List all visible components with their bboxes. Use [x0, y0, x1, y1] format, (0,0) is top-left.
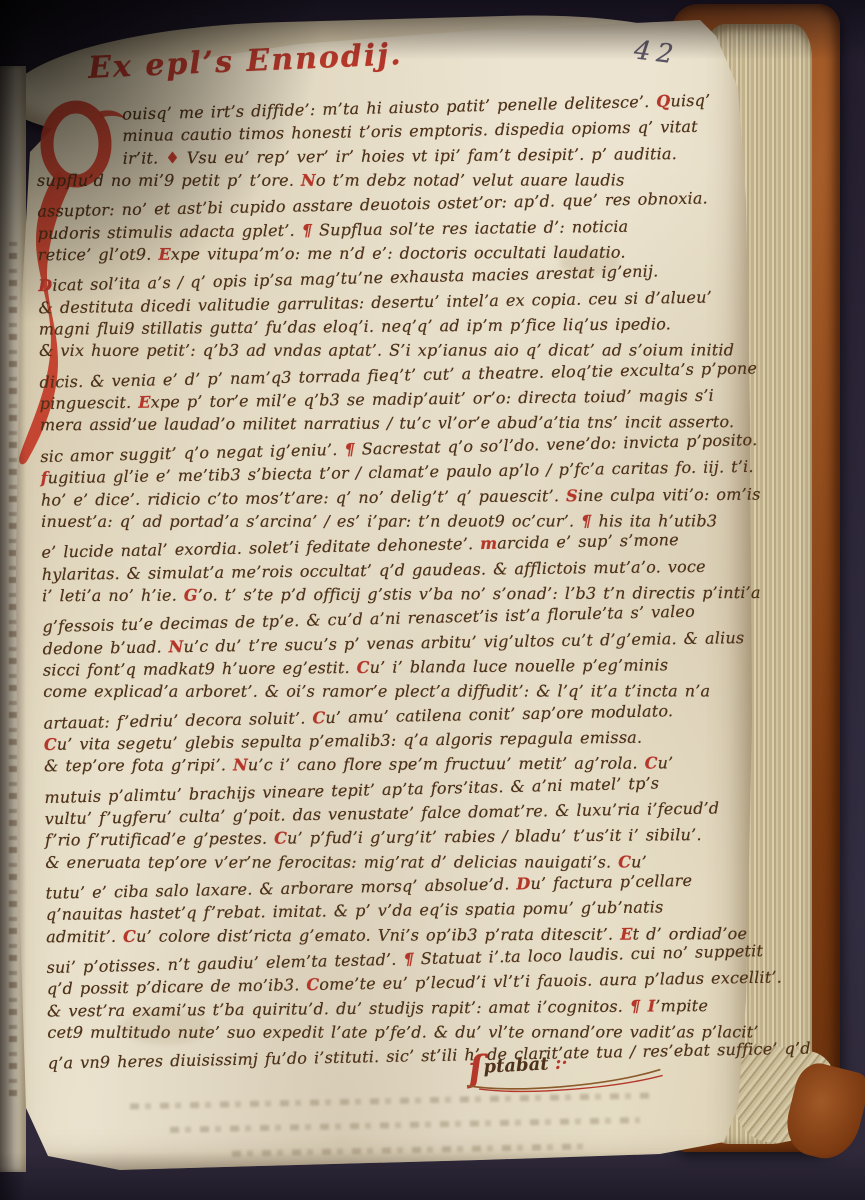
rubricated-text: E	[138, 393, 151, 412]
ink-text: & eneruata tep’ore v’er’ne ferocitas: mi…	[45, 852, 618, 871]
rubricated-text: C	[44, 735, 57, 754]
rubricated-text: ¶	[581, 511, 591, 530]
ink-text: hylaritas. & simulat’a me’rois occultat’…	[42, 556, 706, 583]
folio-number: 42	[632, 35, 680, 70]
ink-text: xpe p’ tor’e mil’e q’b3 se madip’auit’ o…	[151, 386, 714, 412]
ink-text: ine culpa viti’o: om’is	[578, 484, 761, 505]
ink-text: ho’ e’ dice’. ridicio c’to mos’t’are: q’…	[41, 486, 566, 509]
ink-text: & tep’ore fota g’ripi’.	[44, 756, 233, 776]
ink-text: pudoris stimulis adacta gplet’.	[38, 220, 302, 242]
ink-text: retice’ gl’ot9.	[38, 245, 159, 265]
ink-text: sicci font’q madkat9 h’uore eg’estit.	[43, 658, 357, 680]
rubricated-text: E	[158, 245, 170, 264]
ink-text: uisq’	[670, 91, 710, 111]
ink-text: u’ colore dist’ricta g’emato. Vni’s op’i…	[136, 924, 620, 945]
rubricated-text: m	[480, 534, 498, 553]
ink-text: come explicad’a arboret’. & oi’s ramor’e…	[43, 682, 710, 701]
ink-text: arcida e’ sup’ s’mone	[497, 530, 679, 553]
ink-text: Statuat i’.ta loco laudis. cui no’ suppe…	[414, 941, 764, 968]
ink-text: supflu’d no mi’9 petit p’ t’ore.	[37, 171, 301, 190]
ink-text: xpe vitupa’m’o: me n’d e’: doctoris occu…	[171, 243, 626, 264]
text-line: & vest’ra exami’us t’ba quiritu’d. du’ s…	[47, 993, 761, 1023]
rubricated-text: C	[274, 829, 287, 848]
ink-text: magni flui9 stillatis gutta’ fu’das eloq…	[39, 314, 671, 338]
ink-text: u’c i’ cano flore spe’m fructuu’ metit’ …	[248, 754, 645, 775]
text-line: ir’it. ♦ Vsu eu’ rep’ ver’ ir’ hoies vt …	[123, 141, 751, 171]
ink-text: q’nauitas hastet’q f’rebat. imitat. & p’…	[46, 898, 664, 925]
ink-text: f’rio f’rutificad’e g’pestes.	[45, 829, 274, 850]
ink-text: ome’te eu’ p’lecud’i vl’t’i fauois. aura…	[319, 968, 782, 994]
ink-text: u’ vita segetu’ glebis sepulta p’emalib3…	[57, 728, 643, 754]
ink-text: q’d possit p’dicare de mo’ib3.	[47, 976, 307, 999]
rubricated-text: N	[301, 171, 316, 190]
rubricated-text: C	[357, 658, 370, 677]
rubricated-text: S	[566, 486, 578, 505]
ink-text: u’ factura p’cellare	[530, 871, 692, 893]
ink-text: Vsu eu’ rep’ ver’ ir’ hoies vt ipi’ fam’…	[180, 144, 677, 167]
rubricated-text: ¶	[344, 439, 355, 458]
rubricated-text: C	[123, 926, 136, 945]
catchword: ſptabat :·	[467, 1043, 569, 1090]
ink-text: ir’it.	[123, 148, 166, 167]
rubricated-text: N	[233, 756, 248, 775]
rubricated-text: Q	[656, 92, 671, 111]
ink-text: Supflua sol’te res iactatie d’: noticia	[312, 216, 628, 239]
rubricated-text: D	[516, 874, 530, 893]
rubricated-text: ¶ I	[630, 996, 656, 1015]
ink-text: i’ leti’a no’ h’ie.	[42, 585, 184, 605]
manuscript-photo: Ex epl’s Ennodij. 42 Q ouisq’ me irt’s d…	[0, 0, 865, 1200]
rubricated-text: D	[38, 276, 53, 295]
text-line: sicci font’q madkat9 h’uore eg’estit. Cu…	[43, 653, 757, 683]
ink-text: u’	[631, 852, 647, 871]
ink-text: o t’m debz notad’ velut auare laudis	[316, 171, 625, 190]
ink-text: & vix huore petit’: q’b3 ad vndas aptat’…	[39, 341, 734, 360]
rubricated-text: C	[645, 754, 658, 773]
ink-text: u’ p’fud’i g’urg’it’ rabies / bladu’ t’u…	[287, 825, 702, 847]
ink-text: inuest’a: q’ ad portad’a s’arcina’ / es’…	[41, 511, 581, 530]
ink-text: admitit’.	[46, 927, 123, 946]
rubricated-text: N	[169, 637, 184, 656]
ink-text: u’	[658, 754, 674, 773]
ink-text: u’ amu’ catilena conit’ sap’ore modulato…	[325, 701, 673, 727]
rubricated-text: ¶	[302, 220, 313, 239]
rubricated-text: ♦	[165, 148, 180, 167]
text-line: f’rio f’rutificad’e g’pestes. Cu’ p’fud’…	[45, 823, 759, 853]
ink-text: artauat: f’edriu’ decora soluit’.	[43, 708, 312, 732]
ink-text: ’mpite	[655, 996, 708, 1015]
ink-text: & vest’ra exami’us t’ba quiritu’d. du’ s…	[47, 996, 630, 1020]
rubricated-text: C	[312, 708, 325, 727]
ink-text: dedone b’uad.	[43, 637, 169, 658]
text-block: ouisq’ me irt’s diffide’: m’ta hi aiusto…	[36, 91, 762, 1073]
ink-text: pinguescit.	[40, 393, 139, 413]
rubricated-text: C	[618, 852, 631, 871]
rubricated-text: E	[620, 924, 632, 943]
ink-text: u’ i’ blanda luce nouelle p’eg’minis	[370, 655, 669, 677]
rubricated-text: G	[184, 585, 198, 604]
rubricated-text: C	[306, 975, 319, 994]
